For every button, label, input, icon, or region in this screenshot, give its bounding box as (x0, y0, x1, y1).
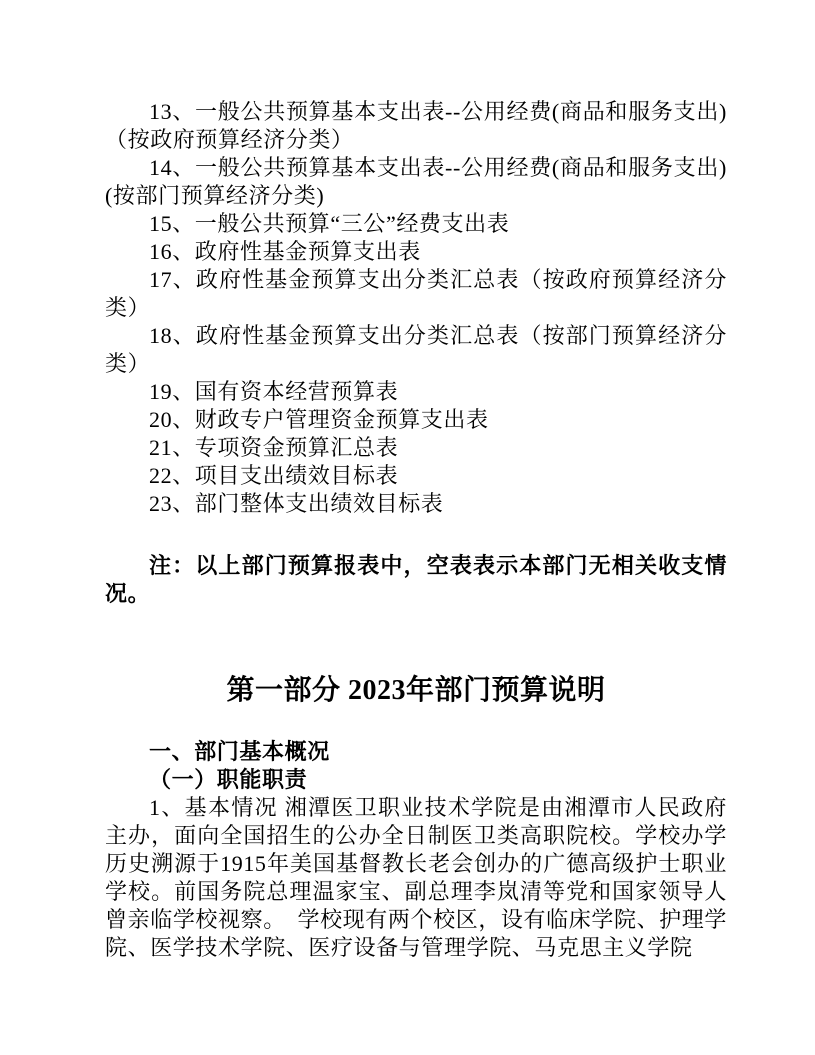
budget-table-item-22: 22、项目支出绩效目标表 (105, 462, 727, 490)
document-page: 13、一般公共预算基本支出表--公用经费(商品和服务支出)（按政府预算经济分类）… (0, 0, 815, 1055)
note-paragraph: 注：以上部门预算报表中，空表表示本部门无相关收支情况。 (105, 552, 727, 608)
budget-table-item-14: 14、一般公共预算基本支出表--公用经费(商品和服务支出)(按部门预算经济分类) (105, 154, 727, 210)
budget-table-item-17: 17、政府性基金预算支出分类汇总表（按政府预算经济分类） (105, 266, 727, 322)
budget-table-item-18: 18、政府性基金预算支出分类汇总表（按部门预算经济分类） (105, 322, 727, 378)
budget-table-item-15: 15、一般公共预算“三公”经费支出表 (105, 210, 727, 238)
budget-table-item-19: 19、国有资本经营预算表 (105, 378, 727, 406)
budget-table-item-20: 20、财政专户管理资金预算支出表 (105, 406, 727, 434)
section-title: 第一部分 2023年部门预算说明 (105, 670, 727, 712)
heading-department-overview: 一、部门基本概况 (105, 738, 727, 766)
budget-table-item-23: 23、部门整体支出绩效目标表 (105, 490, 727, 518)
budget-table-item-21: 21、专项资金预算汇总表 (105, 434, 727, 462)
budget-table-item-16: 16、政府性基金预算支出表 (105, 238, 727, 266)
document-content: 13、一般公共预算基本支出表--公用经费(商品和服务支出)（按政府预算经济分类）… (105, 98, 727, 962)
heading-functions-duties: （一）职能职责 (105, 766, 727, 794)
paragraph-basic-situation: 1、基本情况 湘潭医卫职业技术学院是由湘潭市人民政府主办，面向全国招生的公办全日… (105, 794, 727, 962)
budget-table-item-13: 13、一般公共预算基本支出表--公用经费(商品和服务支出)（按政府预算经济分类） (105, 98, 727, 154)
